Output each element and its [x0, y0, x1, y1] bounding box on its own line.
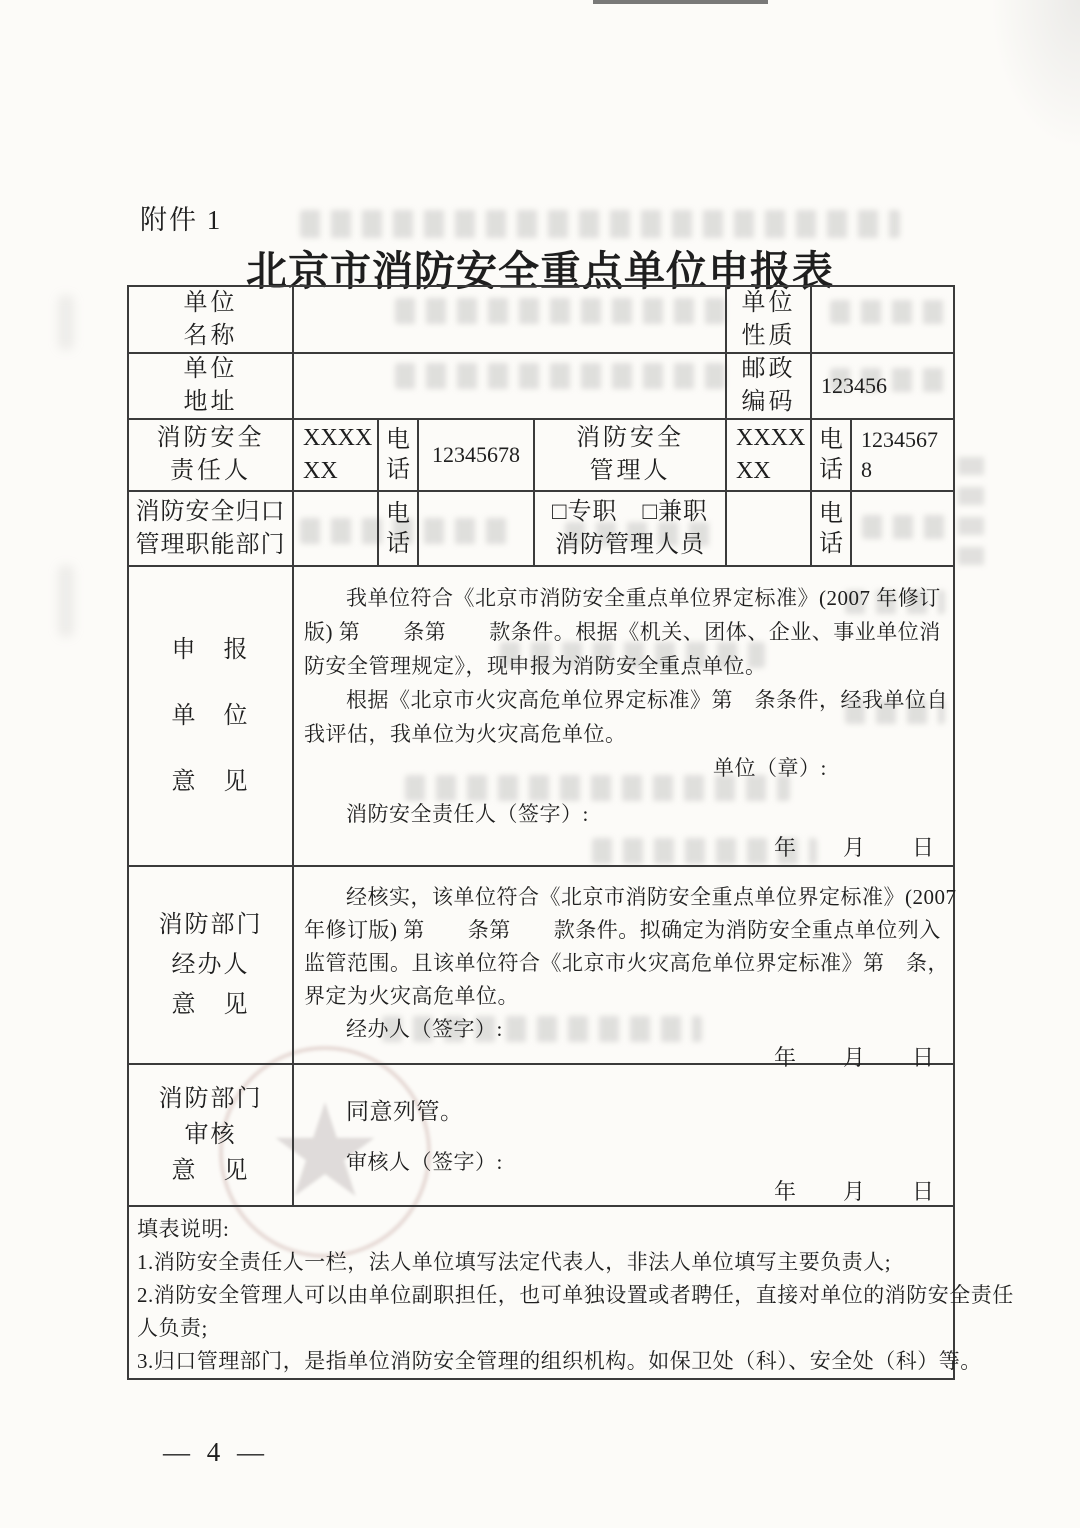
responsible-phone-value: 12345678: [432, 440, 520, 470]
page-number: — 4 —: [163, 1437, 269, 1468]
manager-phone-line2: 8: [861, 455, 872, 485]
phone-label-char2: 话: [386, 455, 410, 485]
phone-label-char2: 话: [819, 529, 843, 559]
handler-section-label: 消防部门 经办人 意 见: [129, 867, 294, 1063]
staff-type-cell: □专职 □兼职 消防管理人员: [535, 492, 727, 565]
row-department: 消防安全归口 管理职能部门 电 话 □专职 □兼职 消防管理人员 电: [129, 492, 953, 567]
staff-type-checkboxes: □专职 □兼职: [552, 496, 708, 529]
postal-code-label-line1: 邮政: [742, 353, 796, 386]
row-handler-opinion: 消防部门 经办人 意 见 经核实，该单位符合《北京市消防安全重点单位界定标准》(…: [129, 867, 953, 1065]
date-line: 年 月 日: [304, 831, 953, 865]
responsible-signature-line: 消防安全责任人（签字）:: [304, 797, 953, 831]
instruction-line: 1.消防安全责任人一栏，法人单位填写法定代表人，非法人单位填写主要负责人;: [137, 1246, 953, 1279]
section-label-line: 消防部门: [159, 1083, 263, 1115]
section-label-line: 经办人: [172, 950, 250, 980]
postal-code-label-cell: 邮政 编码: [727, 354, 812, 418]
bleedthrough-text: [300, 210, 900, 238]
phone-label-char1: 电: [386, 499, 410, 529]
instructions-cell: 填表说明: 1.消防安全责任人一栏，法人单位填写法定代表人，非法人单位填写主要负…: [129, 1207, 953, 1378]
handler-text-line: 年修订版) 第 条第 款条件。拟确定为消防安全重点单位列入: [304, 914, 953, 947]
reviewer-signature-line: 审核人（签字）:: [304, 1145, 953, 1179]
phone-label-char2: 话: [819, 455, 843, 485]
date-line: 年 月 日: [304, 1179, 953, 1205]
unit-nature-label-line1: 单位: [742, 287, 796, 320]
handler-text-line: 监管范围。且该单位符合《北京市火灾高危单位界定标准》第 条，: [304, 947, 953, 980]
responsible-phone-cell: 12345678: [419, 420, 535, 490]
row-unit-name: 单位 名称 单位 性质: [129, 287, 953, 354]
section-label-line: 审核: [185, 1119, 237, 1151]
postal-code-value-cell: 123456: [812, 354, 953, 418]
department-value-cell: [294, 492, 379, 565]
department-phone-cell: [419, 492, 535, 565]
manager-name-line1: XXXX: [736, 422, 805, 455]
scan-corner-shadow: [990, 0, 1080, 150]
scan-smudge: [58, 295, 74, 350]
instruction-line: 人负责;: [137, 1312, 953, 1345]
row-declaration-opinion: 申 报 单 位 意 见 我单位符合《北京市消防安全重点单位界定标准》(2007 …: [129, 567, 953, 867]
handler-signature-line: 经办人（签字）:: [304, 1013, 953, 1046]
staff-phone-cell: [852, 492, 953, 565]
section-label-line: 单 位: [172, 701, 250, 731]
unit-name-value-cell: [294, 287, 727, 352]
instructions-heading: 填表说明:: [137, 1213, 953, 1246]
review-content: 同意列管。 审核人（签字）: 年 月 日: [294, 1065, 953, 1205]
declaration-section-label: 申 报 单 位 意 见: [129, 567, 294, 865]
postal-code-value: 123456: [821, 371, 887, 401]
phone-label-char1: 电: [819, 425, 843, 455]
section-label-line: 意 见: [172, 1155, 250, 1187]
declaration-text-line: 根据《北京市火灾高危单位界定标准》第 条条件，经我单位自: [304, 683, 953, 717]
unit-address-label-line1: 单位: [184, 353, 238, 386]
row-instructions: 填表说明: 1.消防安全责任人一栏，法人单位填写法定代表人，非法人单位填写主要负…: [129, 1207, 953, 1378]
handler-text-line: 经核实，该单位符合《北京市消防安全重点单位界定标准》(2007: [304, 881, 953, 914]
staff-type-label: 消防管理人员: [555, 529, 705, 562]
attachment-label: 附件 1: [140, 198, 222, 237]
section-label-line: 消防部门: [159, 910, 263, 940]
section-label-line: 意 见: [172, 990, 250, 1020]
bleedthrough-text: [958, 445, 984, 565]
handler-content: 经核实，该单位符合《北京市消防安全重点单位界定标准》(2007 年修订版) 第 …: [294, 867, 953, 1063]
responsible-name-cell: XXXX XX: [294, 420, 379, 490]
department-label-line2: 管理职能部门: [136, 529, 286, 562]
instruction-line: 3.归口管理部门，是指单位消防安全管理的组织机构。如保卫处（科）、安全处（科）等…: [137, 1345, 953, 1378]
unit-nature-label-cell: 单位 性质: [727, 287, 812, 352]
unit-nature-label-line2: 性质: [742, 320, 796, 353]
declaration-form-table: 单位 名称 单位 性质 单位 地址 邮政: [127, 285, 955, 1380]
responsible-person-label-cell: 消防安全 责任人: [129, 420, 294, 490]
manager-phone-line1: 1234567: [861, 425, 938, 455]
responsible-label-line1: 消防安全: [157, 422, 265, 455]
row-unit-address: 单位 地址 邮政 编码 123456: [129, 354, 953, 420]
row-review-opinion: 消防部门 审核 意 见 同意列管。 审核人（签字）: 年 月 日: [129, 1065, 953, 1207]
postal-code-label-line2: 编码: [742, 386, 796, 419]
instruction-line: 2.消防安全管理人可以由单位副职担任，也可单独设置或者聘任，直接对单位的消防安全…: [137, 1279, 953, 1312]
phone-label-char1: 电: [819, 499, 843, 529]
manager-label-line1: 消防安全: [576, 422, 684, 455]
phone-label-char2: 话: [386, 529, 410, 559]
unit-name-label-cell: 单位 名称: [129, 287, 294, 352]
declaration-text-line: 版) 第 条第 款条件。根据《机关、团体、企业、事业单位消: [304, 615, 953, 649]
handler-text-line: 界定为火灾高危单位。: [304, 980, 953, 1013]
department-phone-label-cell: 电 话: [379, 492, 419, 565]
declaration-text-line: 防安全管理规定》，现申报为消防安全重点单位。: [304, 649, 953, 683]
unit-seal-line: 单位（章）:: [304, 751, 953, 785]
manager-label-line2: 管理人: [590, 455, 671, 488]
review-section-label: 消防部门 审核 意 见: [129, 1065, 294, 1205]
unit-nature-value-cell: [812, 287, 953, 352]
section-label-line: 申 报: [172, 635, 250, 665]
scanned-document-page: 附件 1 北京市消防安全重点单位申报表 单位 名称 单位 性质 单位: [0, 0, 1080, 1528]
phone-label-char1: 电: [386, 425, 410, 455]
approval-text: 同意列管。: [304, 1095, 953, 1129]
responsible-label-line2: 责任人: [170, 455, 251, 488]
unit-name-label-line2: 名称: [184, 320, 238, 353]
section-label-line: 意 见: [172, 767, 250, 797]
manager-name-line2: XX: [736, 455, 771, 488]
manager-name-cell: XXXX XX: [727, 420, 812, 490]
unit-address-value-cell: [294, 354, 727, 418]
responsible-name-line2: XX: [303, 455, 338, 488]
declaration-text-line: 我单位符合《北京市消防安全重点单位界定标准》(2007 年修订: [304, 581, 953, 615]
scan-smudge: [58, 565, 74, 637]
staff-value-cell: [727, 492, 812, 565]
staff-phone-label-cell: 电 话: [812, 492, 852, 565]
scan-edge-mark: [593, 0, 768, 4]
department-label-cell: 消防安全归口 管理职能部门: [129, 492, 294, 565]
unit-address-label-cell: 单位 地址: [129, 354, 294, 418]
manager-phone-cell: 1234567 8: [852, 420, 953, 490]
responsible-name-line1: XXXX: [303, 422, 372, 455]
row-responsible-person: 消防安全 责任人 XXXX XX 电 话 12345678 消防安全 管理人 X…: [129, 420, 953, 492]
unit-address-label-line2: 地址: [184, 386, 238, 419]
department-label-line1: 消防安全归口: [136, 496, 286, 529]
manager-label-cell: 消防安全 管理人: [535, 420, 727, 490]
responsible-phone-label-cell: 电 话: [379, 420, 419, 490]
declaration-content: 我单位符合《北京市消防安全重点单位界定标准》(2007 年修订 版) 第 条第 …: [294, 567, 953, 865]
manager-phone-label-cell: 电 话: [812, 420, 852, 490]
unit-name-label-line1: 单位: [184, 287, 238, 320]
declaration-text-line: 我评估，我单位为火灾高危单位。: [304, 717, 953, 751]
